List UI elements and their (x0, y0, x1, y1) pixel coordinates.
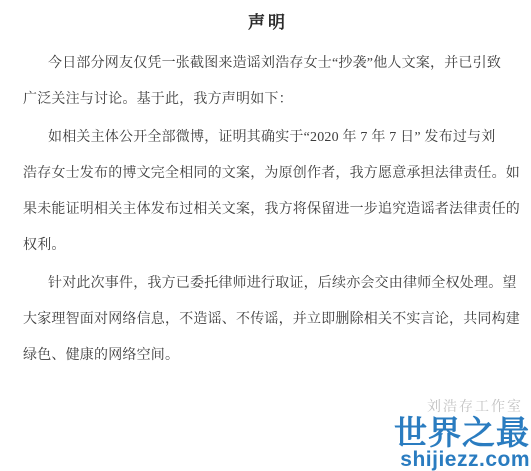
statement-paragraph: 今日部分网友仅凭一张截图来造谣刘浩存女士“抄袭”他人文案，并已引致 广泛关注与讨… (23, 46, 513, 118)
watermark: 世界之最 shijiezz.com (394, 415, 530, 469)
signature: 刘浩存工作室 (427, 396, 523, 416)
statement-document: 声明 今日部分网友仅凭一张截图来造谣刘浩存女士“抄袭”他人文案，并已引致 广泛关… (23, 10, 513, 376)
statement-line: 绿色、健康的网络空间。 (23, 338, 513, 374)
statement-paragraph: 如相关主体公开全部微博，证明其确实于“2020 年 7 年 7 日” 发布过与刘… (23, 120, 513, 264)
statement-line: 权利。 (23, 228, 513, 264)
statement-line: 广泛关注与讨论。基于此，我方声明如下： (23, 82, 513, 118)
statement-line: 如相关主体公开全部微博，证明其确实于“2020 年 7 年 7 日” 发布过与刘 (23, 120, 513, 156)
statement-line: 今日部分网友仅凭一张截图来造谣刘浩存女士“抄袭”他人文案，并已引致 (23, 46, 513, 82)
watermark-domain: shijiezz.com (394, 450, 530, 469)
watermark-brand: 世界之最 (394, 415, 530, 451)
statement-line: 大家理智面对网络信息，不造谣、不传谣，并立即删除相关不实言论，共同构建 (23, 302, 513, 338)
statement-line: 果未能证明相关主体发布过相关文案，我方将保留进一步追究造谣者法律责任的 (23, 192, 513, 228)
statement-line: 浩存女士发布的博文完全相同的文案，为原创作者，我方愿意承担法律责任。如 (23, 156, 513, 192)
statement-paragraph: 针对此次事件，我方已委托律师进行取证，后续亦会交由律师全权处理。望 大家理智面对… (23, 266, 513, 374)
statement-line: 针对此次事件，我方已委托律师进行取证，后续亦会交由律师全权处理。望 (23, 266, 513, 302)
page-title: 声明 (23, 10, 513, 36)
